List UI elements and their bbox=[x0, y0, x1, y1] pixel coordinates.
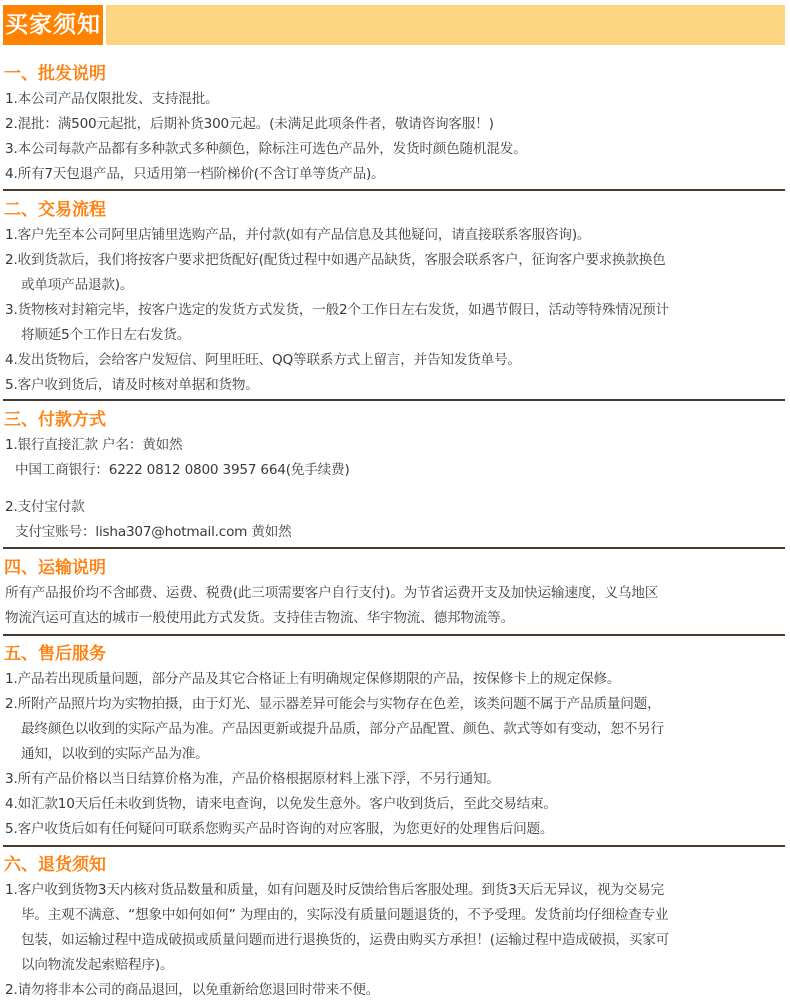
text-line: 1.产品若出现质量问题，部分产品及其它合格证上有明确规定保修期限的产品，按保修卡… bbox=[3, 667, 785, 692]
section-title: 六、退货须知 bbox=[3, 853, 785, 878]
text-line: 4.所有7天包退产品，只适用第一档阶梯价(不含订单等货产品)。 bbox=[3, 162, 785, 187]
text-line: 2.请勿将非本公司的商品退回，以免重新给您退回时带来不便。 bbox=[3, 978, 785, 1000]
section-trade-process: 二、交易流程 1.客户先至本公司阿里店铺里选购产品，并付款(如有产品信息及其他疑… bbox=[3, 198, 785, 398]
text-line: 1.客户收到货物3天内核对货品数量和质量，如有问题及时反馈给售后客服处理。到货3… bbox=[3, 878, 785, 903]
bank-label: 1.银行直接汇款 户名：黄如然 bbox=[3, 433, 785, 458]
divider bbox=[3, 845, 785, 847]
section-payment: 三、付款方式 1.银行直接汇款 户名：黄如然 中国工商银行：6222 0812 … bbox=[3, 408, 785, 545]
section-title: 四、运输说明 bbox=[3, 556, 785, 581]
text-line: 包装，如运输过程中造成破损或质量问题而进行退换货的，运费由购买方承担！(运输过程… bbox=[3, 928, 785, 953]
section-wholesale: 一、批发说明 1.本公司产品仅限批发、支持混批。 2.混批：满500元起批，后期… bbox=[3, 62, 785, 187]
divider bbox=[3, 547, 785, 549]
text-line: 2.混批：满500元起批，后期补货300元起。(未满足此项条件者，敬请咨询客服！… bbox=[3, 112, 785, 137]
text-line: 5.客户收货后如有任何疑问可联系您购买产品时咨询的对应客服，为您更好的处理售后问… bbox=[3, 817, 785, 842]
text-line: 物流汽运可直达的城市一般使用此方式发货。支持佳吉物流、华宇物流、德邦物流等。 bbox=[3, 606, 785, 631]
text-line: 通知，以收到的实际产品为准。 bbox=[3, 742, 785, 767]
text-line: 1.客户先至本公司阿里店铺里选购产品，并付款(如有产品信息及其他疑问，请直接联系… bbox=[3, 223, 785, 248]
text-line: 将顺延5个工作日左右发货。 bbox=[3, 323, 785, 348]
text-line: 所有产品报价均不含邮费、运费、税费(此三项需要客户自行支付)。为节省运费开支及加… bbox=[3, 581, 785, 606]
text-line: 以向物流发起索赔程序)。 bbox=[3, 953, 785, 978]
divider bbox=[3, 634, 785, 636]
text-line: 3.所有产品价格以当日结算价格为准，产品价格根据原材料上涨下浮，不另行通知。 bbox=[3, 767, 785, 792]
section-title: 五、售后服务 bbox=[3, 642, 785, 667]
text-line: 3.货物核对封箱完毕，按客户选定的发货方式发货，一般2个工作日左右发货，如遇节假… bbox=[3, 298, 785, 323]
text-line: 2.所附产品照片均为实物拍摄，由于灯光、显示器差异可能会与实物存在色差，该类问题… bbox=[3, 692, 785, 717]
section-title: 一、批发说明 bbox=[3, 62, 785, 87]
section-shipping: 四、运输说明 所有产品报价均不含邮费、运费、税费(此三项需要客户自行支付)。为节… bbox=[3, 556, 785, 631]
divider bbox=[3, 399, 785, 401]
bank-account: 中国工商银行：6222 0812 0800 3957 664(免手续费) bbox=[3, 458, 785, 483]
alipay-account: 支付宝账号：lisha307@hotmail.com 黄如然 bbox=[3, 520, 785, 545]
section-title: 三、付款方式 bbox=[3, 408, 785, 433]
alipay-label: 2.支付宝付款 bbox=[3, 495, 785, 520]
divider bbox=[3, 189, 785, 191]
text-line: 1.本公司产品仅限批发、支持混批。 bbox=[3, 87, 785, 112]
text-line: 毕。主观不满意、“想象中如何如何” 为理由的，实际没有质量问题退货的，不予受理。… bbox=[3, 903, 785, 928]
text-line: 4.如汇款10天后任未收到货物，请来电查询，以免发生意外。客户收到货后，至此交易… bbox=[3, 792, 785, 817]
notice-header: 买家须知 bbox=[3, 5, 785, 45]
header-title: 买家须知 bbox=[3, 5, 103, 45]
text-line: 4.发出货物后，会给客户发短信、阿里旺旺、QQ等联系方式上留言，并告知发货单号。 bbox=[3, 348, 785, 373]
text-line: 最终颜色以收到的实际产品为准。产品因更新或提升品质，部分产品配置、颜色、款式等如… bbox=[3, 717, 785, 742]
section-after-sales: 五、售后服务 1.产品若出现质量问题，部分产品及其它合格证上有明确规定保修期限的… bbox=[3, 642, 785, 842]
section-title: 二、交易流程 bbox=[3, 198, 785, 223]
text-line: 5.客户收到货后，请及时核对单据和货物。 bbox=[3, 373, 785, 398]
text-line: 2.收到货款后，我们将按客户要求把货配好(配货过程中如遇产品缺货，客服会联系客户… bbox=[3, 248, 785, 273]
text-line: 或单项产品退款)。 bbox=[3, 273, 785, 298]
section-returns: 六、退货须知 1.客户收到货物3天内核对货品数量和质量，如有问题及时反馈给售后客… bbox=[3, 853, 785, 1000]
header-bar bbox=[106, 5, 785, 45]
text-line: 3.本公司每款产品都有多种款式多种颜色，除标注可选色产品外，发货时颜色随机混发。 bbox=[3, 137, 785, 162]
